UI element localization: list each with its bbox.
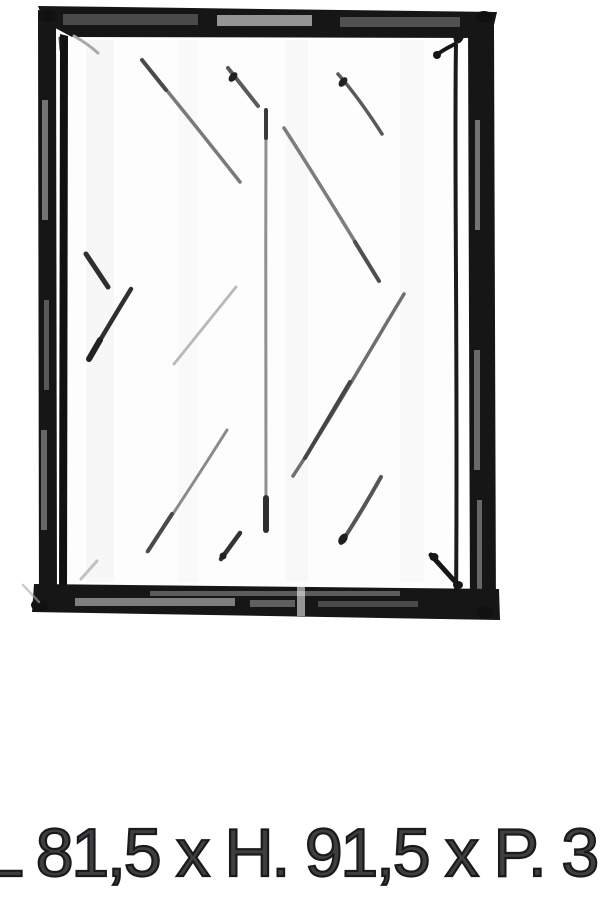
corner-blob-bottom-left xyxy=(31,599,49,611)
dimensions-caption: L 81,5 x H. 91,5 x P. 3 xyxy=(0,819,597,887)
pen-drips-top-left xyxy=(53,38,61,58)
mirror-sketch xyxy=(0,0,605,900)
glass-seam-line xyxy=(266,110,267,530)
corner-blob-top-right xyxy=(475,11,493,23)
frame-left-inner-line xyxy=(59,34,68,601)
corner-blob-top-left xyxy=(39,10,57,22)
corner-blob-bottom-right xyxy=(476,606,494,618)
frame-right-inner-line xyxy=(455,44,456,606)
product-sketch-page: L 81,5 x H. 91,5 x P. 3 xyxy=(0,0,605,900)
